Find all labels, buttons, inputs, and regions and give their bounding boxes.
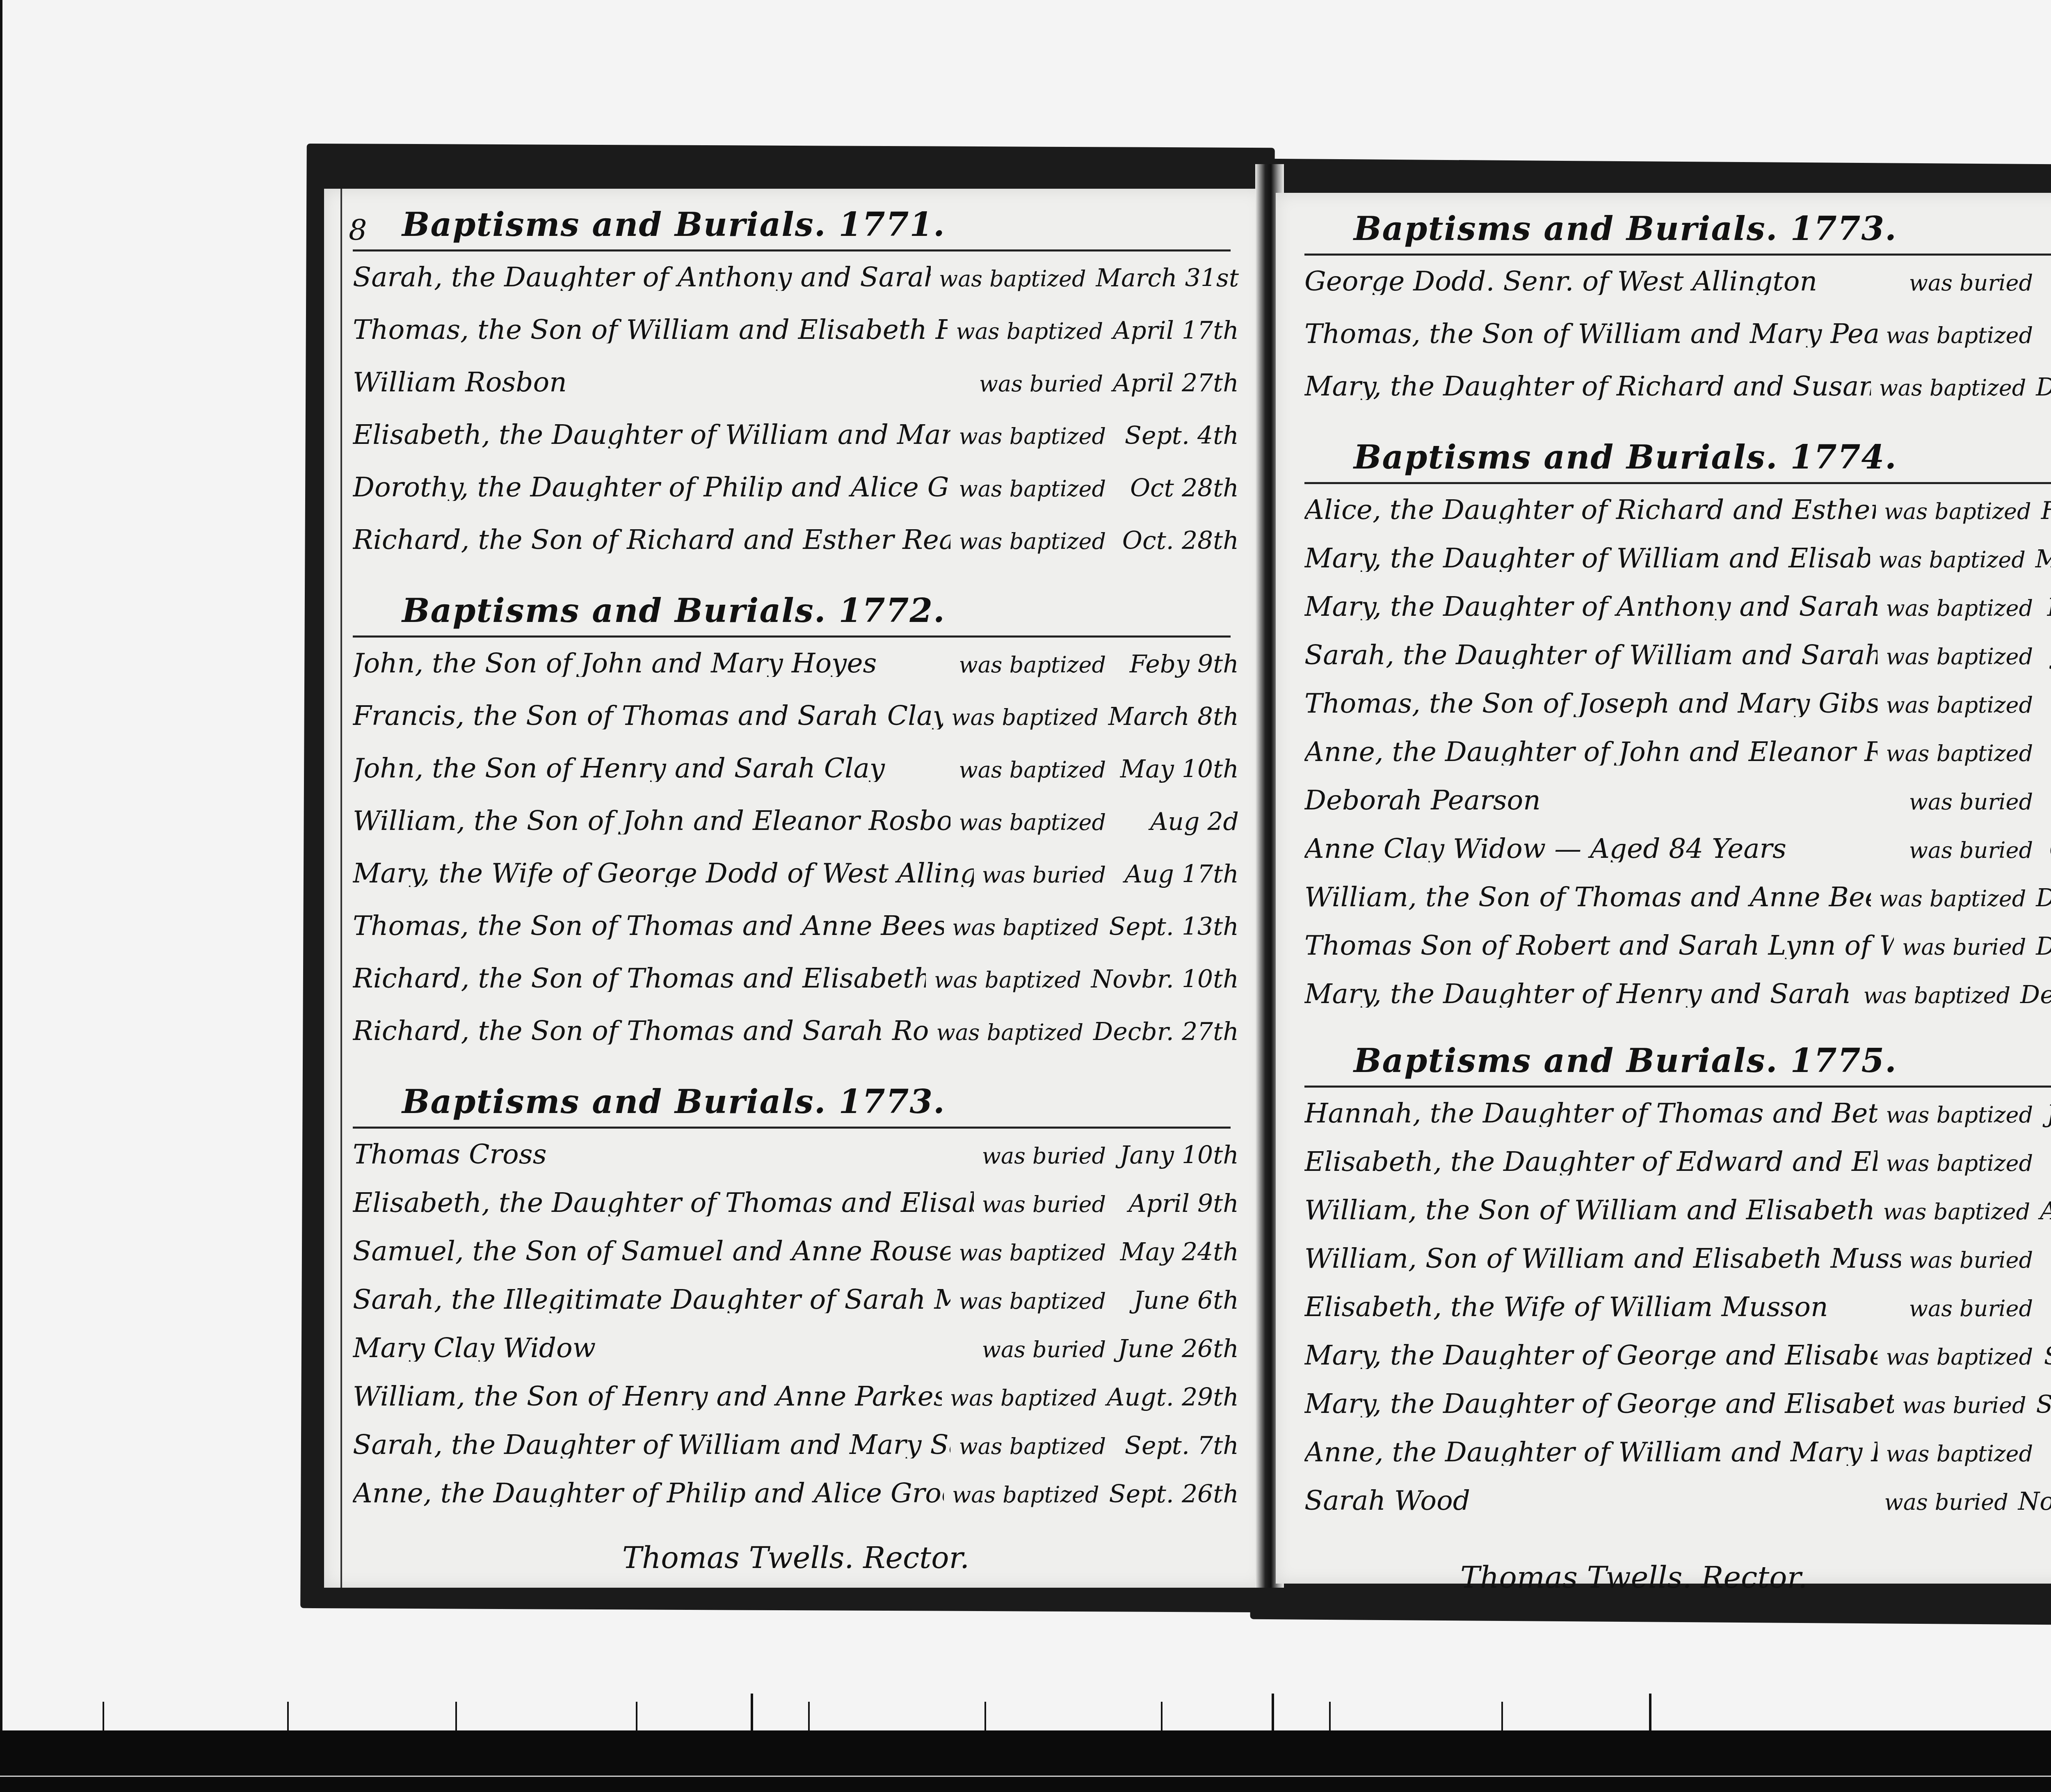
entry-name: George Dodd. Senr. of West Allington <box>1304 268 1901 295</box>
entry-date: Oct. 28th <box>1116 528 1239 553</box>
register-entry: Hannah, the Daughter of Thomas and Betty… <box>1304 1100 2051 1148</box>
register-entry: Sarah, the Daughter of William and Sarah… <box>1304 642 2051 690</box>
entry-name: Sarah, the Illegitimate Daughter of Sara… <box>353 1286 950 1313</box>
register-entry: Alice, the Daughter of Richard and Esthe… <box>1304 496 2051 545</box>
entry-name: Thomas Cross <box>353 1141 974 1168</box>
entry-date: Decbr. 26th <box>2020 983 2051 1007</box>
ruler-tick <box>636 1702 637 1730</box>
entry-name: Elisabeth, the Daughter of Edward and El… <box>1304 1148 1877 1175</box>
register-entry: Thomas, the Son of Joseph and Mary Gibso… <box>1304 690 2051 738</box>
register-entry: Mary, the Daughter of George and Elisabe… <box>1304 1342 2051 1390</box>
register-entry: George Dodd. Senr. of West Allingtonwas … <box>1304 268 2051 320</box>
section-1772: Baptisms and Burials. 1772. John, the So… <box>353 591 1239 1070</box>
entry-event: was baptized <box>1886 646 2033 668</box>
entry-name: Mary, the Daughter of William and Elisab… <box>1304 545 1870 572</box>
entry-event: was baptized <box>952 1484 1099 1506</box>
entry-date: Novbr. 11th <box>2018 1489 2051 1514</box>
register-entry: Anne, the Daughter of William and Mary P… <box>1304 1439 2051 1487</box>
entry-event: was baptized <box>1883 1201 2030 1223</box>
register-entry: Elisabeth, the Daughter of William and M… <box>353 421 1239 474</box>
entry-event: was baptized <box>1886 597 2033 619</box>
section-1774: Baptisms and Burials. 1774. Alice, the D… <box>1304 438 2051 1029</box>
entry-date: March 31st <box>1096 266 1239 290</box>
register-entry: Elisabeth, the Daughter of Thomas and El… <box>353 1189 1239 1238</box>
entry-name: Mary, the Daughter of Henry and Sarah Cl… <box>1304 981 1855 1008</box>
entry-date: Novbr. 10th <box>1091 967 1239 992</box>
register-entry: Anne, the Daughter of John and Eleanor R… <box>1304 738 2051 787</box>
entry-list: Alice, the Daughter of Richard and Esthe… <box>1304 496 2051 1029</box>
entry-event: was baptized <box>950 1387 1097 1409</box>
ruler-tick <box>1161 1702 1163 1730</box>
entry-event: was buried <box>979 373 1103 395</box>
entry-date: June 26th <box>1116 1337 1239 1361</box>
entry-name: William, the Son of William and Elisabet… <box>1304 1197 1875 1224</box>
entry-date: March 8th <box>1108 704 1239 729</box>
entry-name: William, the Son of John and Eleanor Ros… <box>353 807 950 834</box>
entry-event: was buried <box>982 1193 1106 1216</box>
entry-event: was baptized <box>951 706 1099 729</box>
entry-list: Sarah, the Daughter of Anthony and Sarah… <box>353 264 1239 579</box>
entry-name: Mary, the Daughter of George and Elisabe… <box>1304 1390 1894 1417</box>
entry-name: Thomas, the Son of Thomas and Anne Beesi… <box>353 912 944 939</box>
entry-date: April 17th <box>1113 318 1239 343</box>
entry-event: was baptized <box>1886 694 2033 716</box>
section-heading: Baptisms and Burials. 1773. <box>402 1082 1239 1121</box>
ruler-tick <box>1649 1694 1651 1730</box>
entry-name: Anne, the Daughter of John and Eleanor R… <box>1304 738 1877 766</box>
entry-date: Decbr. 4th <box>2036 886 2051 910</box>
register-entry: Mary Clay Widowwas buriedJune 26th <box>353 1335 1239 1383</box>
section-heading: Baptisms and Burials. 1774. <box>1354 438 2051 476</box>
entry-name: Elisabeth, the Daughter of Thomas and El… <box>353 1189 974 1216</box>
entry-list: Thomas Crosswas buriedJany 10thElisabeth… <box>353 1141 1239 1528</box>
register-entry: Thomas, the Son of William and Mary Peak… <box>1304 320 2051 373</box>
entry-name: Mary, the Daughter of George and Elisabe… <box>1304 1342 1877 1369</box>
register-entry: Dorothy, the Daughter of Philip and Alic… <box>353 474 1239 526</box>
ruler-tick <box>455 1702 457 1730</box>
entry-event: was buried <box>1884 1491 2008 1513</box>
entry-name: Dorothy, the Daughter of Philip and Alic… <box>353 474 950 501</box>
entry-name: William, Son of William and Elisabeth Mu… <box>1304 1245 1901 1272</box>
entry-name: Elisabeth, the Daughter of William and M… <box>353 421 950 448</box>
register-entry: Thomas, the Son of William and Elisabeth… <box>353 316 1239 369</box>
entry-date: Oct 28th <box>1116 476 1239 501</box>
register-entry: Mary, the Daughter of George and Elisabe… <box>1304 1390 2051 1439</box>
entry-event: was baptized <box>1886 1443 2033 1465</box>
entry-name: Mary Clay Widow <box>353 1335 974 1362</box>
entry-name: Sarah, the Daughter of Anthony and Sarah… <box>353 264 931 291</box>
entry-date: Feby 27th <box>2041 498 2051 523</box>
entry-name: Sarah Wood <box>1304 1487 1876 1514</box>
entry-event: was buried <box>1909 839 2033 862</box>
entry-date: Oct. 16th <box>2043 837 2051 862</box>
entry-name: Richard, the Son of Thomas and Elisabeth… <box>353 965 926 992</box>
page-margin-rule <box>340 189 342 1588</box>
heading-rule <box>353 635 1231 638</box>
entry-name: Alice, the Daughter of Richard and Esthe… <box>1304 496 1876 523</box>
entry-name: Thomas, the Son of William and Elisabeth… <box>353 316 948 343</box>
entry-name: Hannah, the Daughter of Thomas and Betty… <box>1304 1100 1877 1127</box>
register-entry: William, Son of William and Elisabeth Mu… <box>1304 1245 2051 1294</box>
ruler-tick <box>103 1702 104 1730</box>
entry-name: Deborah Pearson <box>1304 787 1901 814</box>
register-entry: Deborah Pearsonwas buriedOct. 1st <box>1304 787 2051 835</box>
entry-name: John, the Son of Henry and Sarah Clay <box>353 755 950 782</box>
section-1771: Baptisms and Burials. 1771. Sarah, the D… <box>353 205 1239 579</box>
entry-name: Richard, the Son of Richard and Esther R… <box>353 526 950 553</box>
section-heading: Baptisms and Burials. 1773. <box>1354 209 2051 248</box>
entry-date: May 22d <box>2043 1296 2051 1320</box>
entry-event: was buried <box>1909 791 2033 813</box>
heading-rule <box>1304 482 2051 484</box>
entry-list: John, the Son of John and Mary Hoyeswas … <box>353 650 1239 1070</box>
entry-date: Sept. 26th <box>1109 1482 1239 1506</box>
register-entry: William, the Son of Henry and Anne Parke… <box>353 1383 1239 1431</box>
entry-date: Jany 22d <box>2043 1150 2051 1175</box>
entry-date: April 27th <box>1113 371 1239 395</box>
entry-name: John, the Son of John and Mary Hoyes <box>353 650 950 677</box>
entry-date: June 6th <box>1116 1288 1239 1313</box>
entry-event: was baptized <box>952 917 1099 939</box>
entry-event: was baptized <box>1886 743 2033 765</box>
entry-date: May 24th <box>1116 1240 1239 1264</box>
entry-name: Sarah, the Daughter of William and Sarah… <box>1304 642 1877 669</box>
register-entry: Sarah Woodwas buriedNovbr. 11th <box>1304 1487 2051 1536</box>
entry-event: was buried <box>982 1145 1106 1167</box>
entry-event: was baptized <box>959 478 1106 500</box>
heading-rule <box>1304 254 2051 256</box>
scan-ruler <box>0 1698 2051 1730</box>
entry-list: George Dodd. Senr. of West Allingtonwas … <box>1304 268 2051 425</box>
entry-event: was baptized <box>1879 888 2026 910</box>
entry-date: May 29th <box>2043 595 2051 620</box>
entry-event: was baptized <box>959 425 1106 448</box>
entry-event: was baptized <box>939 268 1086 290</box>
register-entry: William Rosbonwas buriedApril 27th <box>353 369 1239 421</box>
entry-date: Decbr. 8th <box>2036 934 2051 959</box>
entry-date: Sept. 13th <box>1109 914 1239 939</box>
entry-name: William, the Son of Thomas and Anne Bees… <box>1304 884 1871 911</box>
ruler-tick <box>751 1694 753 1730</box>
entry-name: Sarah, the Daughter of William and Mary … <box>353 1431 950 1458</box>
register-entry: Anne Clay Widow — Aged 84 Yearswas burie… <box>1304 835 2051 884</box>
register-page-right: 9 Baptisms and Burials. 1773. George Dod… <box>1276 193 2051 1584</box>
register-entry: William, the Son of Thomas and Anne Bees… <box>1304 884 2051 932</box>
register-entry: Sarah, the Daughter of William and Mary … <box>353 1431 1239 1480</box>
rector-signature: Thomas Twells. Rector. <box>353 1541 1239 1575</box>
entry-event: was buried <box>982 1339 1106 1361</box>
entry-date: May 4th <box>2043 1247 2051 1272</box>
entry-date: Sept. 7th <box>1116 1433 1239 1458</box>
entry-name: Anne Clay Widow — Aged 84 Years <box>1304 835 1901 862</box>
register-entry: Richard, the Son of Thomas and Sarah Row… <box>353 1017 1239 1070</box>
entry-list: Hannah, the Daughter of Thomas and Betty… <box>1304 1100 2051 1536</box>
entry-event: was baptized <box>1886 1104 2033 1126</box>
entry-date: Oct. 1st <box>2043 789 2051 814</box>
register-entry: William, the Son of John and Eleanor Ros… <box>353 807 1239 860</box>
scan-left-edge <box>0 0 2 1792</box>
entry-date: Aug 17th <box>1116 862 1239 887</box>
entry-name: Mary, the Wife of George Dodd of West Al… <box>353 860 974 887</box>
entry-date: Sept. 4th <box>1116 423 1239 448</box>
register-entry: John, the Son of Henry and Sarah Claywas… <box>353 755 1239 807</box>
entry-date: Sept. 25th <box>2036 1392 2051 1417</box>
entry-event: was baptized <box>956 320 1103 343</box>
entry-date: Feby 9th <box>1116 652 1239 677</box>
register-entry: Mary, the Daughter of Richard and Susann… <box>1304 373 2051 425</box>
entry-date: July 10th <box>2043 644 2051 668</box>
entry-event: was baptized <box>1863 985 2010 1007</box>
entry-date: April 18th <box>2040 1199 2051 1223</box>
heading-rule <box>353 1127 1231 1129</box>
entry-event: was baptized <box>959 654 1106 676</box>
register-entry: Mary, the Wife of George Dodd of West Al… <box>353 860 1239 912</box>
entry-date: Jany 10th <box>1116 1143 1239 1168</box>
section-heading: Baptisms and Burials. 1775. <box>1354 1041 2051 1080</box>
entry-event: was buried <box>1909 272 2033 294</box>
entry-date: Augt. 29th <box>1107 1385 1239 1410</box>
entry-date: April 9th <box>1116 1191 1239 1216</box>
entry-event: was baptized <box>1884 501 2031 523</box>
rector-signature: Thomas Twells. Rector. <box>1460 1560 2051 1595</box>
entry-event: was baptized <box>959 530 1106 553</box>
register-entry: Richard, the Son of Richard and Esther R… <box>353 526 1239 579</box>
register-entry: Sarah, the Illegitimate Daughter of Sara… <box>353 1286 1239 1335</box>
scan-border-line <box>0 1776 2051 1777</box>
entry-date: Sept. 2d <box>2043 741 2051 765</box>
entry-event: was baptized <box>934 969 1081 991</box>
entry-event: was baptized <box>959 1242 1106 1264</box>
register-entry: John, the Son of John and Mary Hoyeswas … <box>353 650 1239 702</box>
ruler-tick <box>1272 1694 1274 1730</box>
entry-event: was buried <box>982 864 1106 886</box>
entry-name: Elisabeth, the Wife of William Musson <box>1304 1294 1901 1321</box>
section-heading: Baptisms and Burials. 1772. <box>402 591 1239 630</box>
entry-event: was buried <box>1909 1249 2033 1271</box>
section-1775: Baptisms and Burials. 1775. Hannah, the … <box>1304 1041 2051 1536</box>
entry-name: Richard, the Son of Thomas and Sarah Row… <box>353 1017 928 1045</box>
register-entry: William, the Son of William and Elisabet… <box>1304 1197 2051 1245</box>
register-entry: Richard, the Son of Thomas and Elisabeth… <box>353 965 1239 1017</box>
entry-event: was baptized <box>1878 549 2026 571</box>
entry-date: July 21st <box>2043 692 2051 717</box>
ruler-tick <box>808 1702 810 1730</box>
register-entry: Samuel, the Son of Samuel and Anne Rouse… <box>353 1238 1239 1286</box>
entry-event: was baptized <box>1886 1152 2033 1175</box>
entry-name: William, the Son of Henry and Anne Parke… <box>353 1383 942 1410</box>
entry-name: Samuel, the Son of Samuel and Anne Rouse <box>353 1238 950 1265</box>
entry-date: Oct 15th <box>2043 1441 2051 1465</box>
register-entry: Mary, the Daughter of Henry and Sarah Cl… <box>1304 981 2051 1029</box>
register-entry: Sarah, the Daughter of Anthony and Sarah… <box>353 264 1239 316</box>
entry-event: was baptized <box>959 1435 1106 1458</box>
register-page-left: 8 Baptisms and Burials. 1771. Sarah, the… <box>324 189 1263 1588</box>
entry-date: Sept 10th <box>2043 1344 2051 1369</box>
entry-date: Decbr. 27th <box>1093 1019 1239 1044</box>
entry-event: was baptized <box>959 1290 1106 1312</box>
page-content: Baptisms and Burials. 1771. Sarah, the D… <box>353 205 1239 1575</box>
entry-event: was baptized <box>1886 1346 2033 1368</box>
entry-name: Thomas, the Son of Joseph and Mary Gibso… <box>1304 690 1877 717</box>
register-entry: Thomas Son of Robert and Sarah Lynn of W… <box>1304 932 2051 981</box>
scan-bottom-border <box>0 1730 2051 1792</box>
section-1773-cont: Baptisms and Burials. 1773. George Dodd.… <box>1304 209 2051 425</box>
section-1773: Baptisms and Burials. 1773. Thomas Cross… <box>353 1082 1239 1528</box>
entry-name: Thomas Son of Robert and Sarah Lynn of W… <box>1304 932 1894 959</box>
ruler-tick <box>1501 1702 1503 1730</box>
entry-date: Oct. 2d <box>2043 270 2051 295</box>
entry-name: William Rosbon <box>353 369 971 396</box>
entry-event: was buried <box>1902 1394 2026 1417</box>
entry-event: was baptized <box>959 811 1106 834</box>
entry-name: Mary, the Daughter of Richard and Susann… <box>1304 373 1871 400</box>
ruler-tick <box>984 1702 986 1730</box>
entry-name: Francis, the Son of Thomas and Sarah Cla… <box>353 702 943 729</box>
ruler-tick <box>1329 1702 1331 1730</box>
entry-date: Jany 11th <box>2043 1102 2051 1127</box>
register-entry: Francis, the Son of Thomas and Sarah Cla… <box>353 702 1239 755</box>
register-entry: Elisabeth, the Wife of William Mussonwas… <box>1304 1294 2051 1342</box>
entry-name: Anne, the Daughter of Philip and Alice G… <box>353 1480 944 1507</box>
entry-event: was baptized <box>959 759 1106 781</box>
section-heading: Baptisms and Burials. 1771. <box>402 205 1239 244</box>
entry-event: was buried <box>1909 1298 2033 1320</box>
register-entry: Thomas Crosswas buriedJany 10th <box>353 1141 1239 1189</box>
entry-event: was baptized <box>936 1022 1083 1044</box>
heading-rule <box>353 249 1231 251</box>
entry-name: Anne, the Daughter of William and Mary P… <box>1304 1439 1877 1466</box>
entry-date: Oct. 21st <box>2043 322 2051 347</box>
register-entry: Elisabeth, the Daughter of Edward and El… <box>1304 1148 2051 1197</box>
register-entry: Anne, the Daughter of Philip and Alice G… <box>353 1480 1239 1528</box>
heading-rule <box>1304 1086 2051 1088</box>
entry-date: March 6th <box>2035 547 2051 571</box>
entry-date: Aug 2d <box>1116 809 1239 834</box>
register-entry: Mary, the Daughter of Anthony and Sarah … <box>1304 593 2051 642</box>
ruler-tick <box>287 1702 289 1730</box>
entry-date: Decbr. 5th <box>2036 375 2051 400</box>
entry-name: Thomas, the Son of William and Mary Peak <box>1304 320 1877 347</box>
entry-name: Mary, the Daughter of Anthony and Sarah … <box>1304 593 1877 620</box>
entry-event: was buried <box>1902 936 2026 958</box>
entry-date: May 10th <box>1116 757 1239 782</box>
register-entry: Mary, the Daughter of William and Elisab… <box>1304 545 2051 593</box>
entry-event: was baptized <box>1886 325 2033 347</box>
register-entry: Thomas, the Son of Thomas and Anne Beesi… <box>353 912 1239 965</box>
page-content: Baptisms and Burials. 1773. George Dodd.… <box>1304 209 2051 1595</box>
entry-event: was baptized <box>1879 377 2026 399</box>
